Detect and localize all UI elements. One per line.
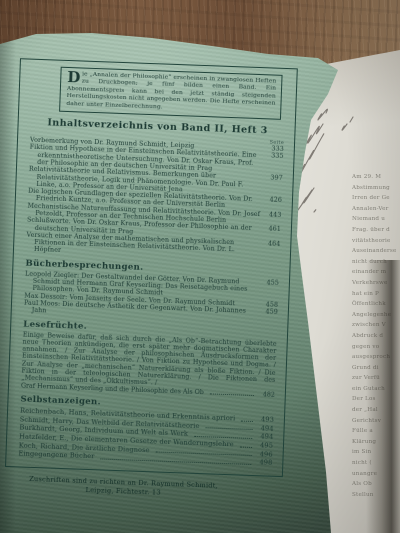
page-number: 461: [268, 226, 281, 234]
page-number: 498: [255, 459, 272, 468]
page-number: 459: [265, 308, 278, 316]
selbstanzeige-text: Eingegangene Bücher: [18, 450, 94, 461]
book-gutter-shadow: [366, 260, 400, 533]
leader-dots: [100, 459, 251, 466]
text-fragment: Auseinanderse: [352, 246, 400, 257]
page-number: 455: [266, 279, 279, 287]
publisher-notice-box: Die „Annalen der Philosophie“ erscheinen…: [59, 67, 283, 120]
dropcap-initial: D: [67, 71, 82, 85]
leader-dots: [210, 393, 254, 396]
printed-content: Die „Annalen der Philosophie“ erscheinen…: [0, 58, 314, 502]
imprint: Zuschriften sind zu richten an Dr. Raymu…: [0, 474, 249, 500]
publisher-notice-text: ie „Annalen der Philosophie“ erscheinen …: [66, 72, 276, 111]
leader-dots: [240, 446, 252, 447]
imprint-line2: Leipzig, Fichtestr. 13: [85, 485, 160, 496]
lesefruechte-text: Einige Beweise dafür, daß sich durch die…: [21, 331, 277, 391]
leader-dots: [241, 420, 253, 421]
page-number: 482: [258, 391, 275, 399]
page-number: 335: [271, 153, 284, 161]
page-number: 397: [270, 175, 283, 183]
page-number: 464: [268, 240, 281, 248]
book-photo: Am 29. M Abstimmung Irren der Ge Annalen…: [0, 0, 400, 533]
page-number: 443: [269, 211, 282, 219]
contents-frame: Die „Annalen der Philosophie“ erscheinen…: [5, 58, 298, 477]
page-number: 426: [269, 197, 282, 205]
